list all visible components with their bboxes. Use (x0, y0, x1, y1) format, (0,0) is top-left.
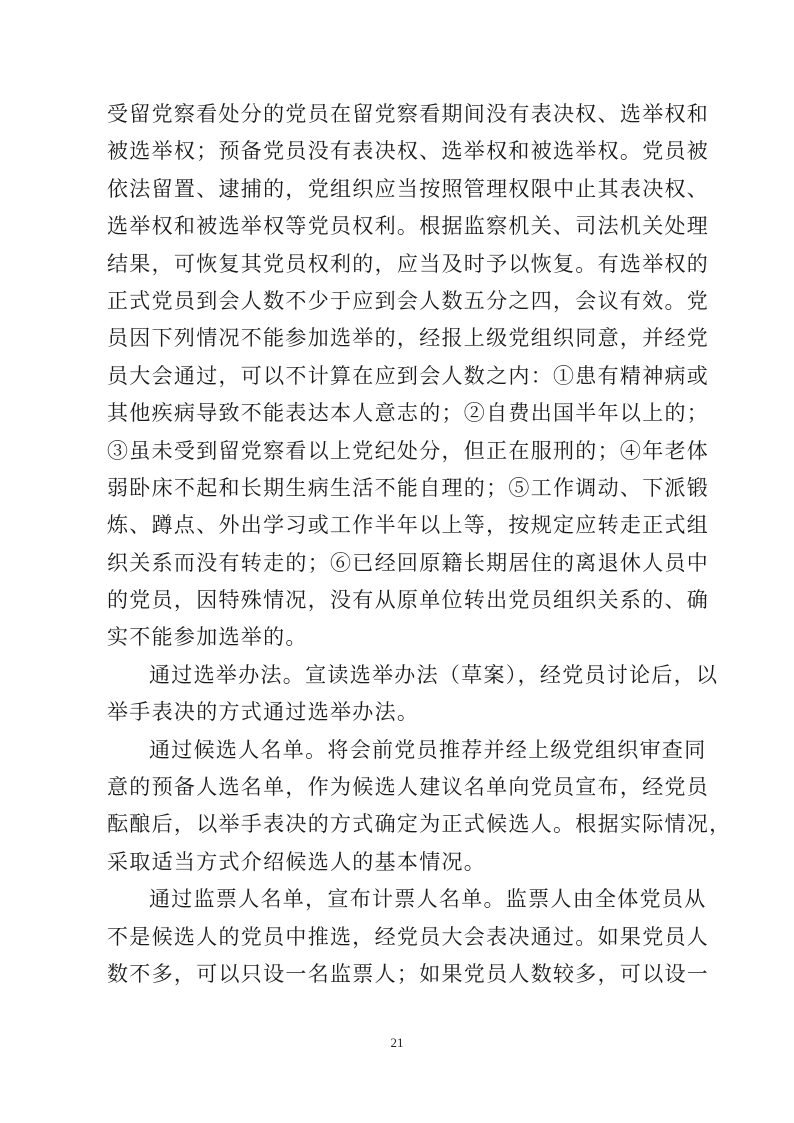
text-line: 受留党察看处分的党员在留党察看期间没有表决权、选举权和 (107, 96, 689, 133)
text-line: 数不多，可以只设一名监票人；如果党员人数较多，可以设一 (107, 956, 689, 993)
text-line: ③虽未受到留党察看以上党纪处分，但正在服刑的；④年老体 (107, 433, 689, 470)
page-number: 21 (0, 1035, 794, 1051)
text-line: 不是候选人的党员中推选，经党员大会表决通过。如果党员人 (107, 919, 689, 956)
body-text: 受留党察看处分的党员在留党察看期间没有表决权、选举权和 被选举权；预备党员没有表… (107, 96, 689, 993)
text-line: 选举权和被选举权等党员权利。根据监察机关、司法机关处理 (107, 208, 689, 245)
text-line: 其他疾病导致不能表达本人意志的；②自费出国半年以上的； (107, 395, 689, 432)
paragraph-start-line: 通过选举办法。宣读选举办法（草案），经党员讨论后，以 (107, 657, 689, 694)
text-line: 员大会通过，可以不计算在应到会人数之内：①患有精神病或 (107, 358, 689, 395)
text-line: 意的预备人选名单，作为候选人建议名单向党员宣布，经党员 (107, 769, 689, 806)
text-line: 实不能参加选举的。 (107, 619, 689, 656)
text-line: 弱卧床不起和长期生病生活不能自理的；⑤工作调动、下派锻 (107, 470, 689, 507)
text-line: 员因下列情况不能参加选举的，经报上级党组织同意，并经党 (107, 320, 689, 357)
text-line: 的党员，因特殊情况，没有从原单位转出党员组织关系的、确 (107, 582, 689, 619)
text-line: 酝酿后，以举手表决的方式确定为正式候选人。根据实际情况， (107, 806, 689, 843)
text-line: 被选举权；预备党员没有表决权、选举权和被选举权。党员被 (107, 133, 689, 170)
text-line: 正式党员到会人数不少于应到会人数五分之四，会议有效。党 (107, 283, 689, 320)
text-line: 织关系而没有转走的；⑥已经回原籍长期居住的离退休人员中 (107, 545, 689, 582)
paragraph-start-line: 通过候选人名单。将会前党员推荐并经上级党组织审查同 (107, 732, 689, 769)
text-line: 举手表决的方式通过选举办法。 (107, 694, 689, 731)
text-line: 炼、蹲点、外出学习或工作半年以上等，按规定应转走正式组 (107, 507, 689, 544)
paragraph-start-line: 通过监票人名单，宣布计票人名单。监票人由全体党员从 (107, 881, 689, 918)
document-page: 受留党察看处分的党员在留党察看期间没有表决权、选举权和 被选举权；预备党员没有表… (0, 0, 794, 1123)
text-line: 结果，可恢复其党员权利的，应当及时予以恢复。有选举权的 (107, 246, 689, 283)
text-line: 依法留置、逮捕的，党组织应当按照管理权限中止其表决权、 (107, 171, 689, 208)
text-line: 采取适当方式介绍候选人的基本情况。 (107, 844, 689, 881)
